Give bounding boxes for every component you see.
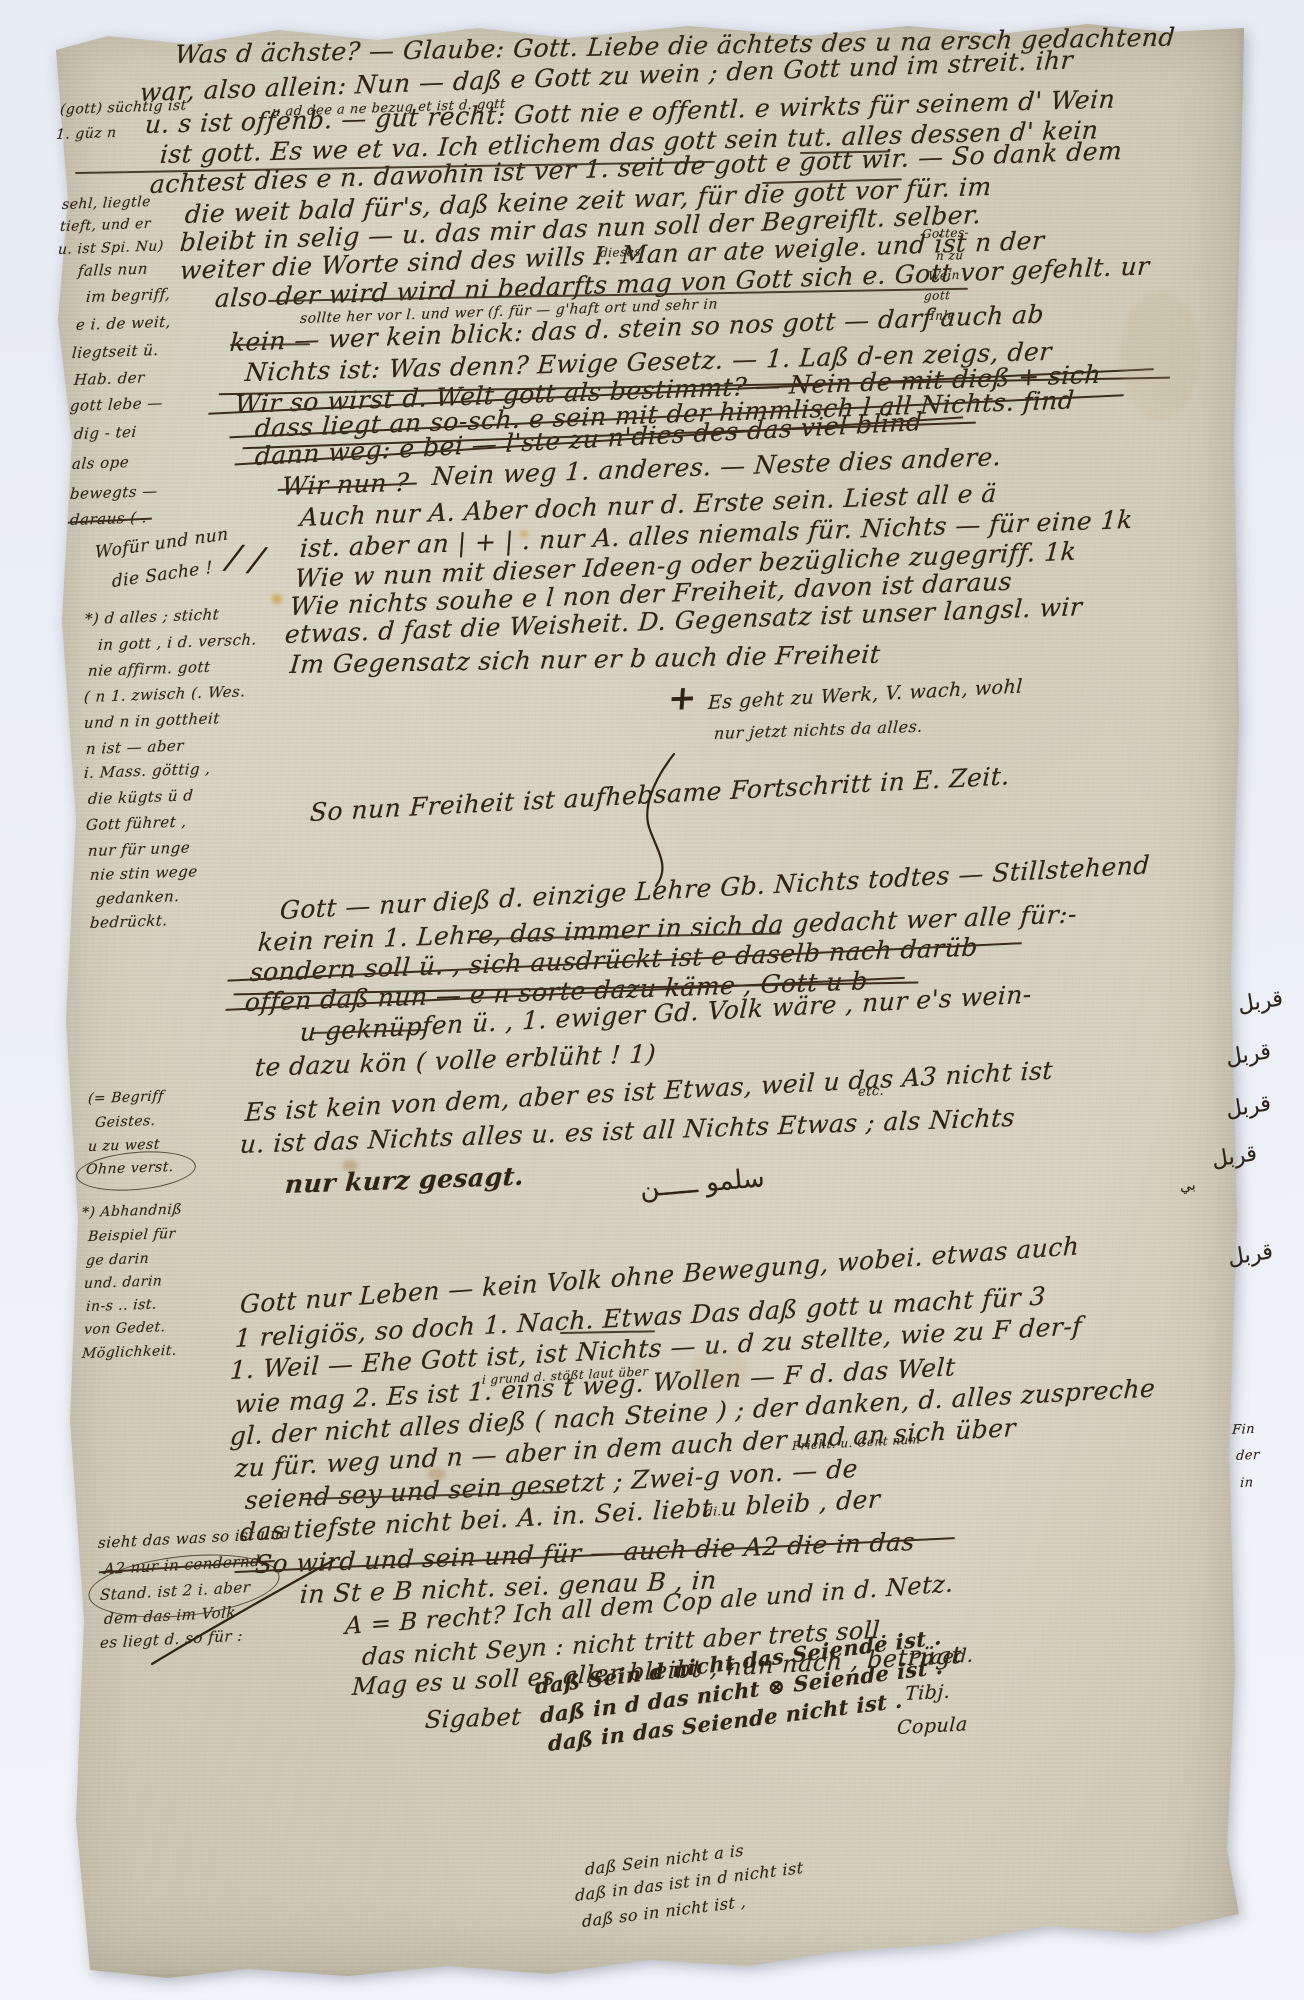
- paper-stain: [342, 1160, 358, 1171]
- margin-note: sieht das was so ist und: [98, 1526, 291, 1551]
- insertion-slashes: ∕ ∕: [224, 540, 266, 577]
- margin-note: daraus ( .: [69, 510, 147, 528]
- margin-note: die kügts ü d: [87, 788, 193, 807]
- margin-note: der: [1236, 1449, 1260, 1463]
- plus-mark: +: [667, 681, 698, 716]
- interline-insertion: etc.: [858, 1085, 885, 1099]
- paper-stain: [272, 594, 282, 604]
- margin-note: gedanken.: [95, 889, 180, 907]
- margin-note: u. ist Spi. Nu): [58, 239, 165, 257]
- handwriting-line: te dazu kön ( volle erblüht ! 1): [254, 1041, 657, 1080]
- arabic-margin-word: بي: [1179, 1178, 1196, 1194]
- pen-curve-stroke: [148, 1556, 338, 1668]
- margin-note: liegtseit ü.: [71, 343, 159, 361]
- margin-note: 1. güz n: [56, 126, 118, 142]
- label-subj: Tibj.: [905, 1683, 951, 1704]
- margin-note: *) d alles ; sticht: [84, 607, 219, 627]
- margin-note: falls nun: [77, 262, 148, 279]
- handwriting-line: nur kurz gesagt.: [284, 1164, 525, 1197]
- arabic-margin-word: قربل: [1224, 1041, 1272, 1070]
- margin-note: und n in gottheit: [83, 711, 220, 731]
- arabic-margin-word: قربل: [1226, 1241, 1274, 1270]
- margin-note: ( n 1. zwisch (. Wes.: [83, 684, 246, 705]
- interline-insertion: di.: [705, 1505, 722, 1518]
- paper-stain: [690, 1350, 750, 1390]
- paper-stain: [1120, 290, 1200, 420]
- margin-note: nie affirm. gott: [87, 660, 211, 679]
- handwriting-line: Wir nun ?: [281, 470, 410, 500]
- margin-note: Hab. der: [73, 371, 145, 389]
- margin-note: (= Begriff: [88, 1089, 165, 1106]
- margin-note: in-s .. ist.: [86, 1298, 158, 1315]
- margin-note: in: [1240, 1476, 1254, 1490]
- margin-note: e i. de weit,: [75, 315, 171, 333]
- label-praed: Praed.: [908, 1647, 975, 1670]
- margin-note: tieft, und er: [60, 217, 152, 234]
- handwriting-layer: Was d ächste? — Glaube: Gott. Liebe die …: [0, 0, 1304, 2000]
- margin-note: Möglichkeit.: [82, 1344, 178, 1361]
- margin-note: von Gedet.: [84, 1320, 167, 1337]
- margin-note: im begriff,: [85, 287, 171, 305]
- handwriting-line: nur jetzt nichts da alles.: [713, 719, 923, 742]
- margin-note: i. Mass. göttig ,: [83, 762, 211, 781]
- margin-note: dig - tei: [73, 425, 137, 442]
- interline-insertion: dieses: [600, 246, 642, 259]
- margin-note: die Sache !: [112, 560, 213, 591]
- margin-note: Fin: [1232, 1423, 1256, 1437]
- interline-insertion: Gottes-: [922, 226, 970, 240]
- arabic-margin-word: قربل: [1236, 988, 1284, 1017]
- margin-note: gott lebe —: [69, 396, 163, 414]
- interline-insertion: gott: [924, 289, 951, 302]
- margin-note: in gott , i d. versch.: [97, 632, 257, 653]
- margin-note: und. darin: [84, 1274, 163, 1291]
- scanned-manuscript-page: Was d ächste? — Glaube: Gott. Liebe die …: [0, 0, 1304, 2000]
- margin-note: als ope: [71, 455, 129, 472]
- margin-note: bedrückt.: [89, 913, 168, 931]
- margin-note: bewegts —: [69, 484, 158, 502]
- label-copula: Copula: [897, 1715, 969, 1738]
- paper-stain: [428, 1468, 446, 1480]
- margin-note: *) Abhandniß: [82, 1202, 183, 1220]
- margin-note: n ist — aber: [85, 739, 184, 757]
- handwriting-line: Sigabet: [424, 1705, 522, 1732]
- margin-note: Beispiel für: [88, 1227, 177, 1244]
- arabic-practice-line: سلمو ـــــن: [639, 1165, 766, 1202]
- margin-note: nie stin wege: [89, 864, 198, 883]
- pen-curve-stroke: [640, 752, 684, 888]
- margin-note: sehl, liegtle: [62, 195, 152, 212]
- paper-stain: [520, 530, 528, 538]
- margin-note: Gott führet ,: [85, 814, 187, 833]
- margin-note: Wofür und nun: [95, 526, 229, 562]
- arabic-margin-word: قربل: [1224, 1093, 1272, 1122]
- margin-note: ge darin: [86, 1252, 150, 1268]
- margin-note: nur für unge: [87, 840, 190, 859]
- handwriting-line: Es geht zu Werk, V. wach, wohl: [708, 677, 1024, 713]
- margin-note: Geistes.: [95, 1114, 157, 1130]
- arabic-margin-word: قربل: [1210, 1143, 1258, 1172]
- handwriting-line: Im Gegensatz sich nur er b auch die Frei…: [289, 642, 882, 677]
